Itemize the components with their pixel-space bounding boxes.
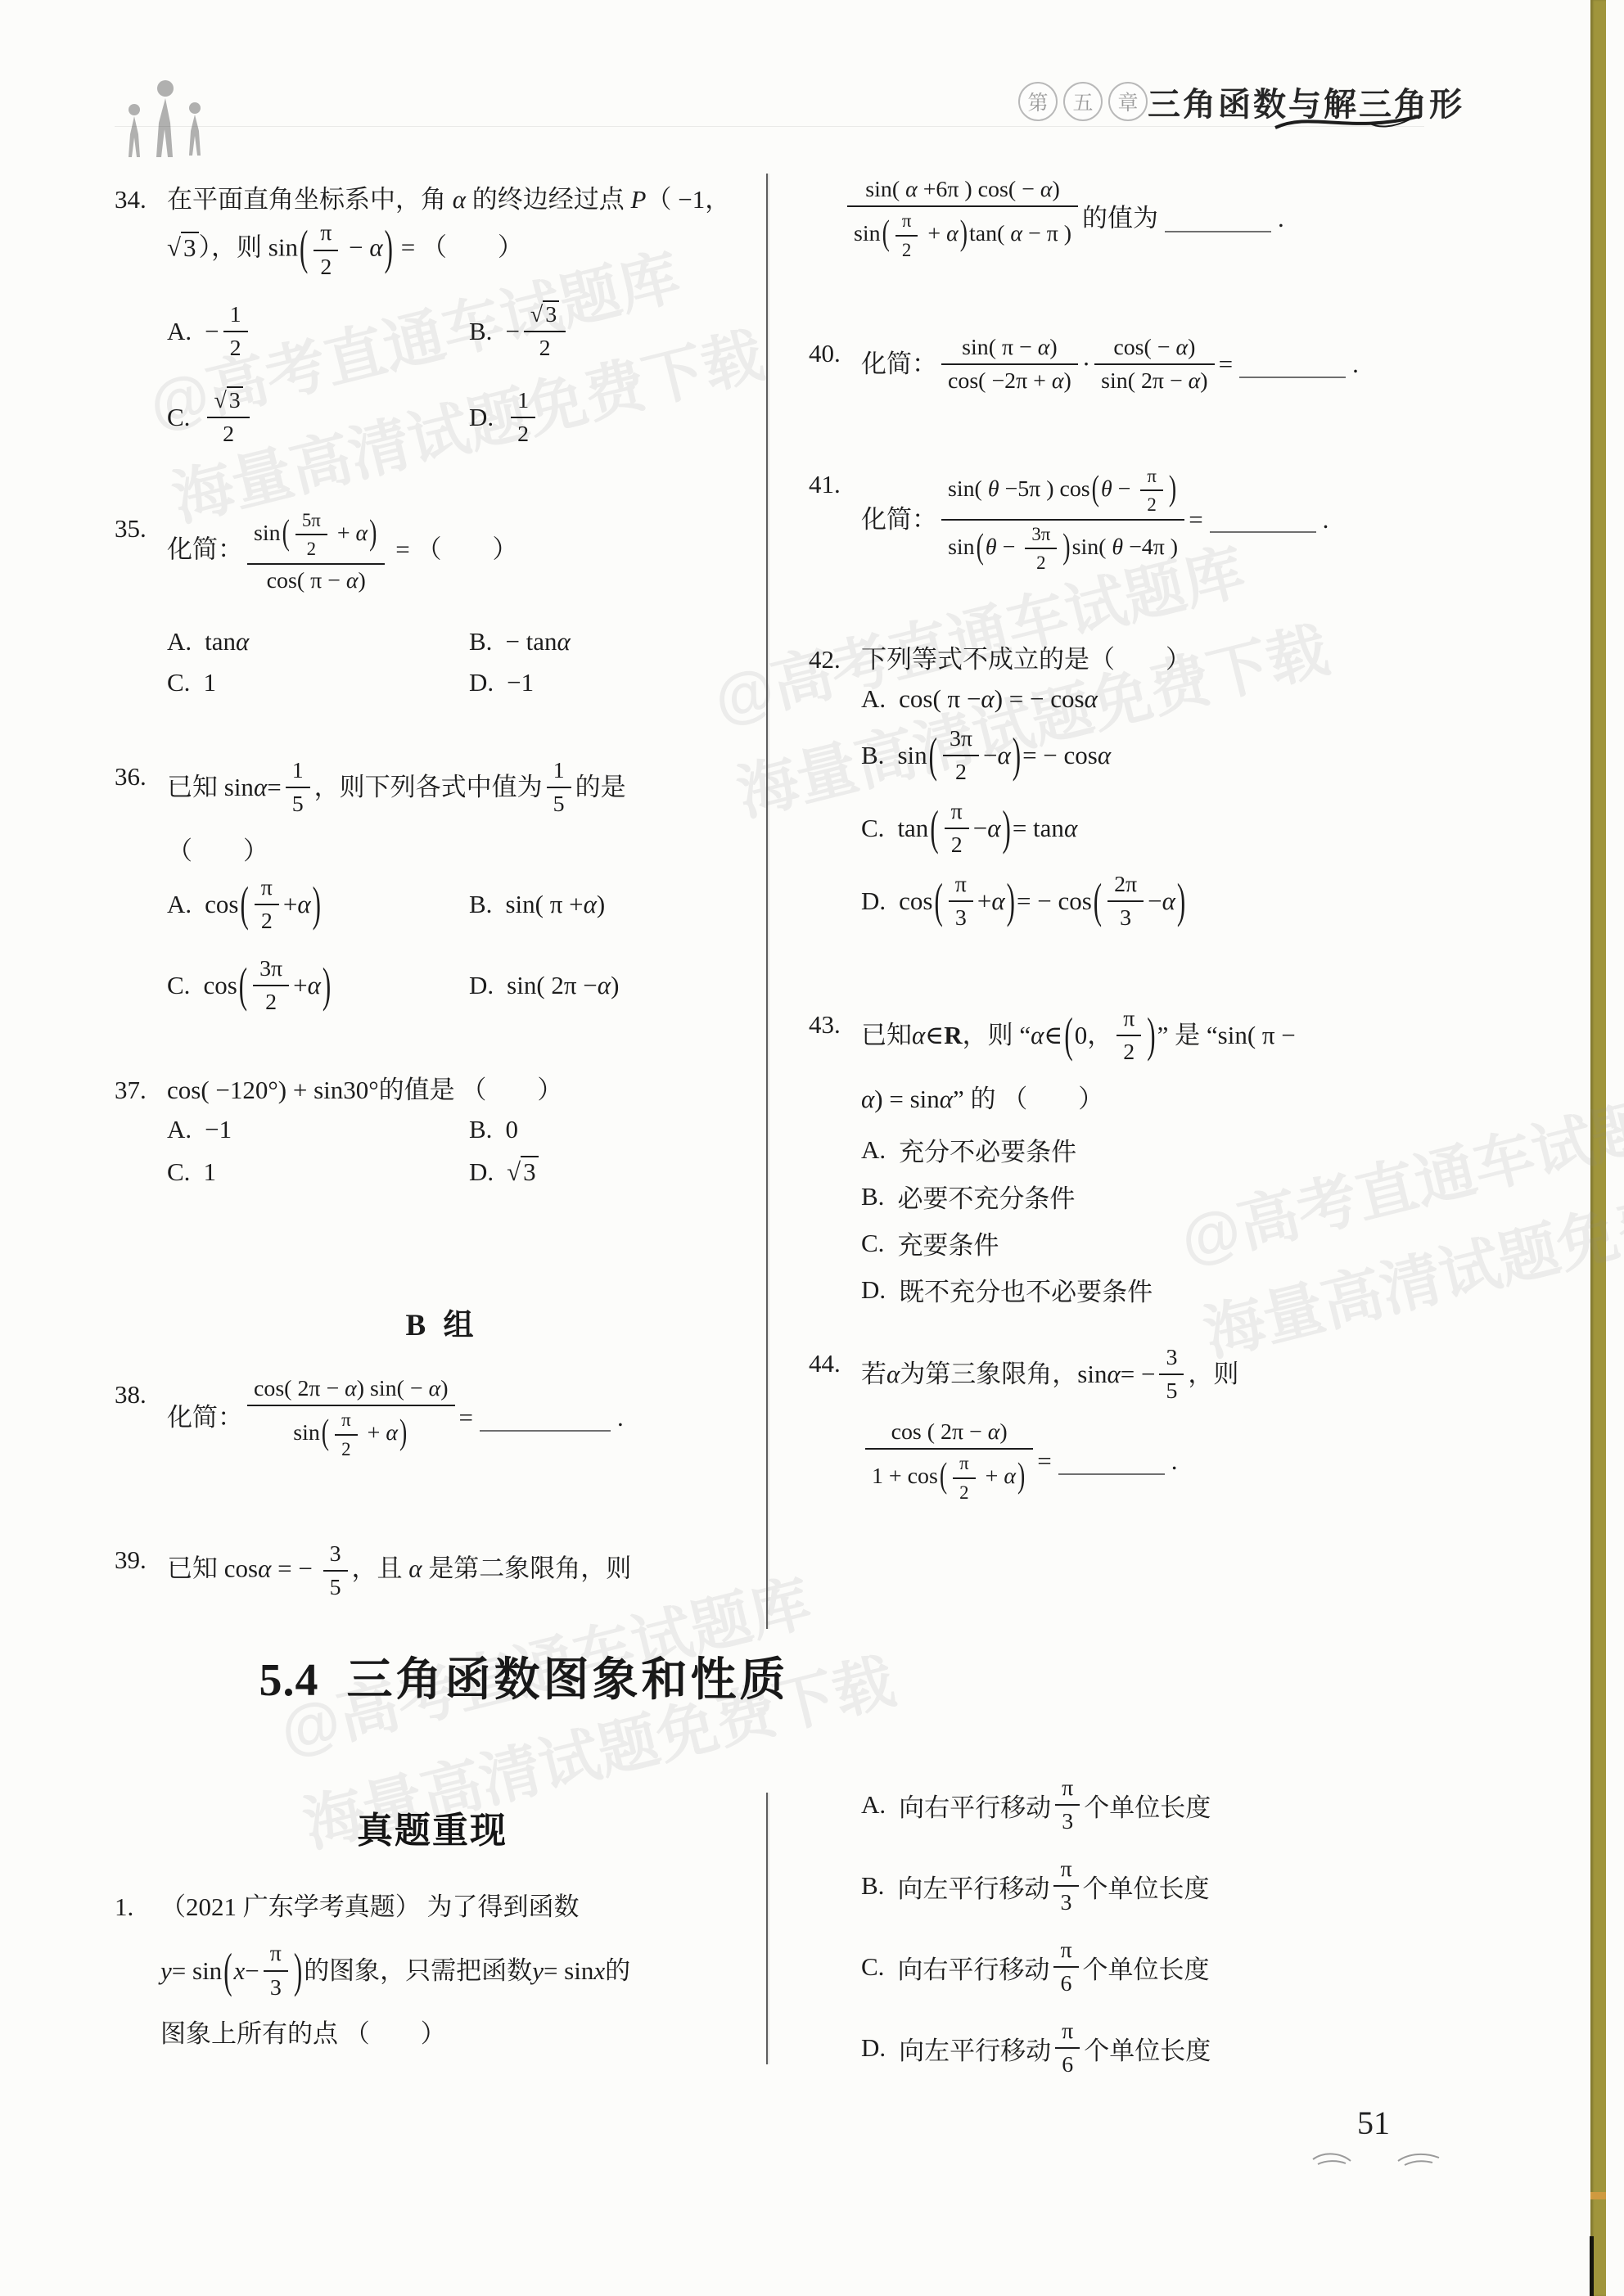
option-value: cos(π3 + α) = − cos(2π3 − α) (899, 871, 1187, 932)
option-letter: A. (167, 1115, 192, 1144)
option-D: D.向左平行移动π6个单位长度 (861, 2018, 1549, 2079)
option-value: √32 (203, 387, 253, 449)
question-number: 1. (115, 1888, 160, 2054)
option-B: B.向左平行移动π3个单位长度 (861, 1856, 1549, 1917)
subsection-heading: 真题重现 (357, 1801, 508, 1853)
option-value: sin( π + α) (505, 890, 605, 919)
option-B: B.必要不充分条件 (861, 1178, 1549, 1215)
option-value: 向左平行移动π3个单位长度 (897, 1856, 1209, 1917)
group-b-heading: B 组 (115, 1300, 769, 1344)
option-value: tan(π2 − α) = tanα (897, 798, 1077, 859)
question-number: 43. (809, 1005, 861, 1119)
option-value: 向左平行移动π6个单位长度 (899, 2018, 1211, 2079)
option-value: 1 (203, 668, 216, 697)
question-line: 若 α 为第三象限角，sinα = − 35，则 (861, 1344, 1555, 1405)
option-value: sin(3π2 − α) = − cosα (897, 725, 1111, 787)
option-letter: A. (167, 317, 192, 346)
option-value: 向右平行移动π6个单位长度 (897, 1937, 1209, 1998)
option-D: D.cos(π3 + α) = − cos(2π3 − α) (861, 871, 1549, 932)
option-letter: D. (861, 1275, 886, 1305)
page-number: 51 (1357, 2104, 1390, 2142)
question-40: 40. 化简：sin( π − α)cos( −2π + α) · cos( −… (809, 334, 1555, 395)
option-letter: A. (167, 627, 192, 656)
question-number: 44. (809, 1344, 861, 1504)
option-C: C.1 (167, 668, 462, 697)
question-body: sin( α +6π ) cos( − α)sin(π2 + α)tan( α … (843, 176, 1555, 261)
option-A: A.−1 (167, 1115, 462, 1144)
option-value: tanα (205, 627, 249, 656)
option-B: B.sin(3π2 − α) = − cosα (861, 725, 1549, 787)
question-number: 40. (809, 334, 861, 395)
option-value: √3 (507, 1157, 539, 1187)
option-letter: C. (167, 1157, 190, 1187)
option-A: A.− 12 (167, 301, 462, 363)
question-body: 已知 sinα = 15，则下列各式中值为 15 的是（ ） (167, 757, 769, 871)
option-B: B.sin( π + α) (469, 890, 765, 919)
option-letter: B. (861, 741, 884, 770)
question-line: y = sin(x − π3)的图象，只需把函数 y = sinx 的 (160, 1940, 769, 2001)
option-D: D.√3 (469, 1157, 765, 1187)
question-body: 在平面直角坐标系中，角 α 的终边经过点 P（ −1，√3），则 sin(π2 … (167, 180, 769, 281)
option-value: 12 (507, 387, 539, 449)
option-B: B.− √32 (469, 301, 765, 363)
question-number: 41. (809, 465, 861, 575)
book-edge-band (1590, 2192, 1606, 2199)
option-value: cos(π2 + α) (205, 874, 323, 936)
option-value: − √32 (505, 301, 570, 363)
question-line: α) = sinα” 的 （ ） (861, 1080, 1555, 1119)
option-letter: A. (861, 684, 886, 714)
option-C: C.cos(3π2 + α) (167, 955, 462, 1017)
question-36: 36. 已知 sinα = 15，则下列各式中值为 15 的是（ ） (115, 757, 769, 871)
question-number: 42. (809, 640, 861, 679)
question-line: （ ） (167, 832, 769, 871)
question-line: 已知 sinα = 15，则下列各式中值为 15 的是 (167, 757, 769, 819)
option-C: C.向右平行移动π6个单位长度 (861, 1937, 1549, 1998)
section-number: 5.4 (259, 1655, 319, 1706)
chapter-badge-circle: 章 (1108, 82, 1148, 121)
option-A: A.tanα (167, 627, 462, 656)
textbook-page: 第 五 章 三角函数与解三角形 @高考直通车试题库海量高清试题免费下载 @高考直… (0, 0, 1624, 2296)
question-43: 43. 已知 α ∈ R，则 “α ∈ (0，π2)” 是 “sin( π −α… (809, 1005, 1555, 1119)
option-value: sin( 2π − α) (507, 971, 619, 1000)
question-body: 已知 cosα = − 35，且 α 是第二象限角，则 (167, 1540, 769, 1602)
option-value: − tanα (505, 627, 570, 656)
option-letter: B. (469, 317, 492, 346)
question-number: 35. (115, 509, 167, 594)
question-body: cos( −120°) + sin30°的值是 （ ） (167, 1071, 769, 1110)
option-value: cos(3π2 + α) (203, 955, 332, 1017)
option-A: A.充分不必要条件 (861, 1131, 1549, 1168)
option-C: C.充要条件 (861, 1225, 1549, 1261)
options-q37: A.−1B.0C.1D.√3 (167, 1115, 765, 1187)
option-letter: C. (167, 668, 190, 697)
people-icon (116, 75, 214, 182)
option-value: cos( π − α) = − cosα (899, 684, 1098, 714)
option-letter: D. (469, 1157, 494, 1187)
question-39-continued: sin( α +6π ) cos( − α)sin(π2 + α)tan( α … (809, 176, 1555, 261)
question-34: 34. 在平面直角坐标系中，角 α 的终边经过点 P（ −1，√3），则 sin… (115, 180, 769, 281)
options-q42: A.cos( π − α) = − cosαB.sin(3π2 − α) = −… (861, 684, 1549, 932)
question-37: 37. cos( −120°) + sin30°的值是 （ ） (115, 1071, 769, 1110)
question-39: 39. 已知 cosα = − 35，且 α 是第二象限角，则 (115, 1540, 769, 1602)
option-letter: D. (861, 2033, 886, 2063)
book-edge-shadow (1590, 2236, 1594, 2296)
option-A: A.向右平行移动π3个单位长度 (861, 1775, 1549, 1836)
question-line: （2021 广东学考真题） 为了得到函数 (160, 1888, 769, 1927)
option-D: D.12 (469, 387, 765, 449)
option-letter: A. (861, 1135, 886, 1165)
option-value: 既不充分也不必要条件 (899, 1271, 1153, 1308)
header-rule (115, 126, 1424, 127)
question-body: 化简：sin( θ −5π ) cos(θ − π2)sin(θ − 3π2)s… (861, 465, 1555, 575)
header-swoosh-icon (1270, 106, 1426, 141)
option-letter: C. (861, 1952, 884, 1982)
question-body: 下列等式不成立的是（ ） (861, 640, 1555, 679)
option-letter: D. (469, 971, 494, 1000)
option-C: C.√32 (167, 387, 462, 449)
option-letter: C. (861, 1229, 884, 1258)
question-number: 38. (115, 1375, 167, 1460)
question-44: 44. 若 α 为第三象限角，sinα = − 35，则cos ( 2π − α… (809, 1344, 1555, 1504)
options-q35: A.tanαB.− tanαC.1D.−1 (167, 627, 765, 697)
option-letter: A. (861, 1790, 886, 1820)
question-line: cos ( 2π − α)1 + cos(π2 + α) = . (861, 1419, 1555, 1504)
question-line: 图象上所有的点 （ ） (160, 2014, 769, 2054)
question-number: 37. (115, 1071, 167, 1110)
chapter-badge-circle: 第 (1018, 82, 1058, 121)
option-letter: D. (469, 403, 494, 432)
option-value: −1 (507, 668, 534, 697)
option-value: 1 (203, 1157, 216, 1187)
option-value: 向右平行移动π3个单位长度 (899, 1775, 1211, 1836)
option-B: B.− tanα (469, 627, 765, 656)
option-A: A.cos( π − α) = − cosα (861, 684, 1549, 714)
option-letter: B. (469, 890, 492, 919)
option-letter: B. (861, 1871, 884, 1901)
option-letter: D. (469, 668, 494, 697)
question-body: 已知 α ∈ R，则 “α ∈ (0，π2)” 是 “sin( π −α) = … (861, 1005, 1555, 1119)
option-letter: A. (167, 890, 192, 919)
chapter-badge-circle: 五 (1063, 82, 1103, 121)
section-heading: 5.4三角函数图象和性质 (115, 1644, 933, 1709)
chapter-badge: 第 五 章 (1018, 82, 1148, 121)
options-q36: A.cos(π2 + α)B.sin( π + α)C.cos(3π2 + α)… (167, 874, 765, 1017)
page-number-decoration-icon (1306, 2146, 1446, 2171)
option-value: −1 (205, 1115, 232, 1144)
option-value: 充分不必要条件 (899, 1131, 1076, 1168)
book-edge-strip (1590, 0, 1606, 2296)
option-letter: D. (861, 886, 886, 916)
option-value: 充要条件 (897, 1225, 999, 1261)
options-q34: A.− 12B.− √32C.√32D.12 (167, 301, 765, 449)
option-C: C.tan(π2 − α) = tanα (861, 798, 1549, 859)
question-41: 41. 化简：sin( θ −5π ) cos(θ − π2)sin(θ − 3… (809, 465, 1555, 575)
option-D: D.既不充分也不必要条件 (861, 1271, 1549, 1308)
option-letter: B. (469, 1115, 492, 1144)
option-letter: C. (167, 971, 190, 1000)
question-number (809, 176, 843, 261)
question-42: 42. 下列等式不成立的是（ ） (809, 640, 1555, 679)
option-letter: C. (861, 814, 884, 843)
question-body: 化简：cos( 2π − α) sin( − α)sin(π2 + α) = . (167, 1375, 769, 1460)
option-D: D.−1 (469, 668, 765, 697)
question-body: 若 α 为第三象限角，sinα = − 35，则cos ( 2π − α)1 +… (861, 1344, 1555, 1504)
question-body: 化简：sin( π − α)cos( −2π + α) · cos( − α)s… (861, 334, 1555, 395)
option-B: B.0 (469, 1115, 765, 1144)
option-C: C.1 (167, 1157, 462, 1187)
option-value: 0 (505, 1115, 518, 1144)
question-number: 34. (115, 180, 167, 281)
question-number: 36. (115, 757, 167, 871)
option-value: 必要不充分条件 (897, 1178, 1075, 1215)
exam-question-1: 1. （2021 广东学考真题） 为了得到函数y = sin(x − π3)的图… (115, 1888, 769, 2054)
options-exam-q1: A.向右平行移动π3个单位长度B.向左平行移动π3个单位长度C.向右平行移动π6… (861, 1775, 1549, 2079)
option-letter: C. (167, 403, 190, 432)
option-letter: B. (469, 627, 492, 656)
question-body: （2021 广东学考真题） 为了得到函数y = sin(x − π3)的图象，只… (160, 1888, 769, 2054)
question-number: 39. (115, 1540, 167, 1602)
option-D: D.sin( 2π − α) (469, 971, 765, 1000)
option-value: − 12 (205, 301, 251, 363)
question-35: 35. 化简：sin(5π2 + α)cos( π − α) = （ ） (115, 509, 769, 594)
question-38: 38. 化简：cos( 2π − α) sin( − α)sin(π2 + α)… (115, 1375, 769, 1460)
question-body: 化简：sin(5π2 + α)cos( π − α) = （ ） (167, 509, 769, 594)
option-letter: B. (861, 1182, 884, 1211)
question-line: 已知 α ∈ R，则 “α ∈ (0，π2)” 是 “sin( π − (861, 1005, 1555, 1067)
section-title: 三角函数图象和性质 (347, 1655, 789, 1706)
option-A: A.cos(π2 + α) (167, 874, 462, 936)
options-q43: A.充分不必要条件B.必要不充分条件C.充要条件D.既不充分也不必要条件 (861, 1131, 1549, 1308)
